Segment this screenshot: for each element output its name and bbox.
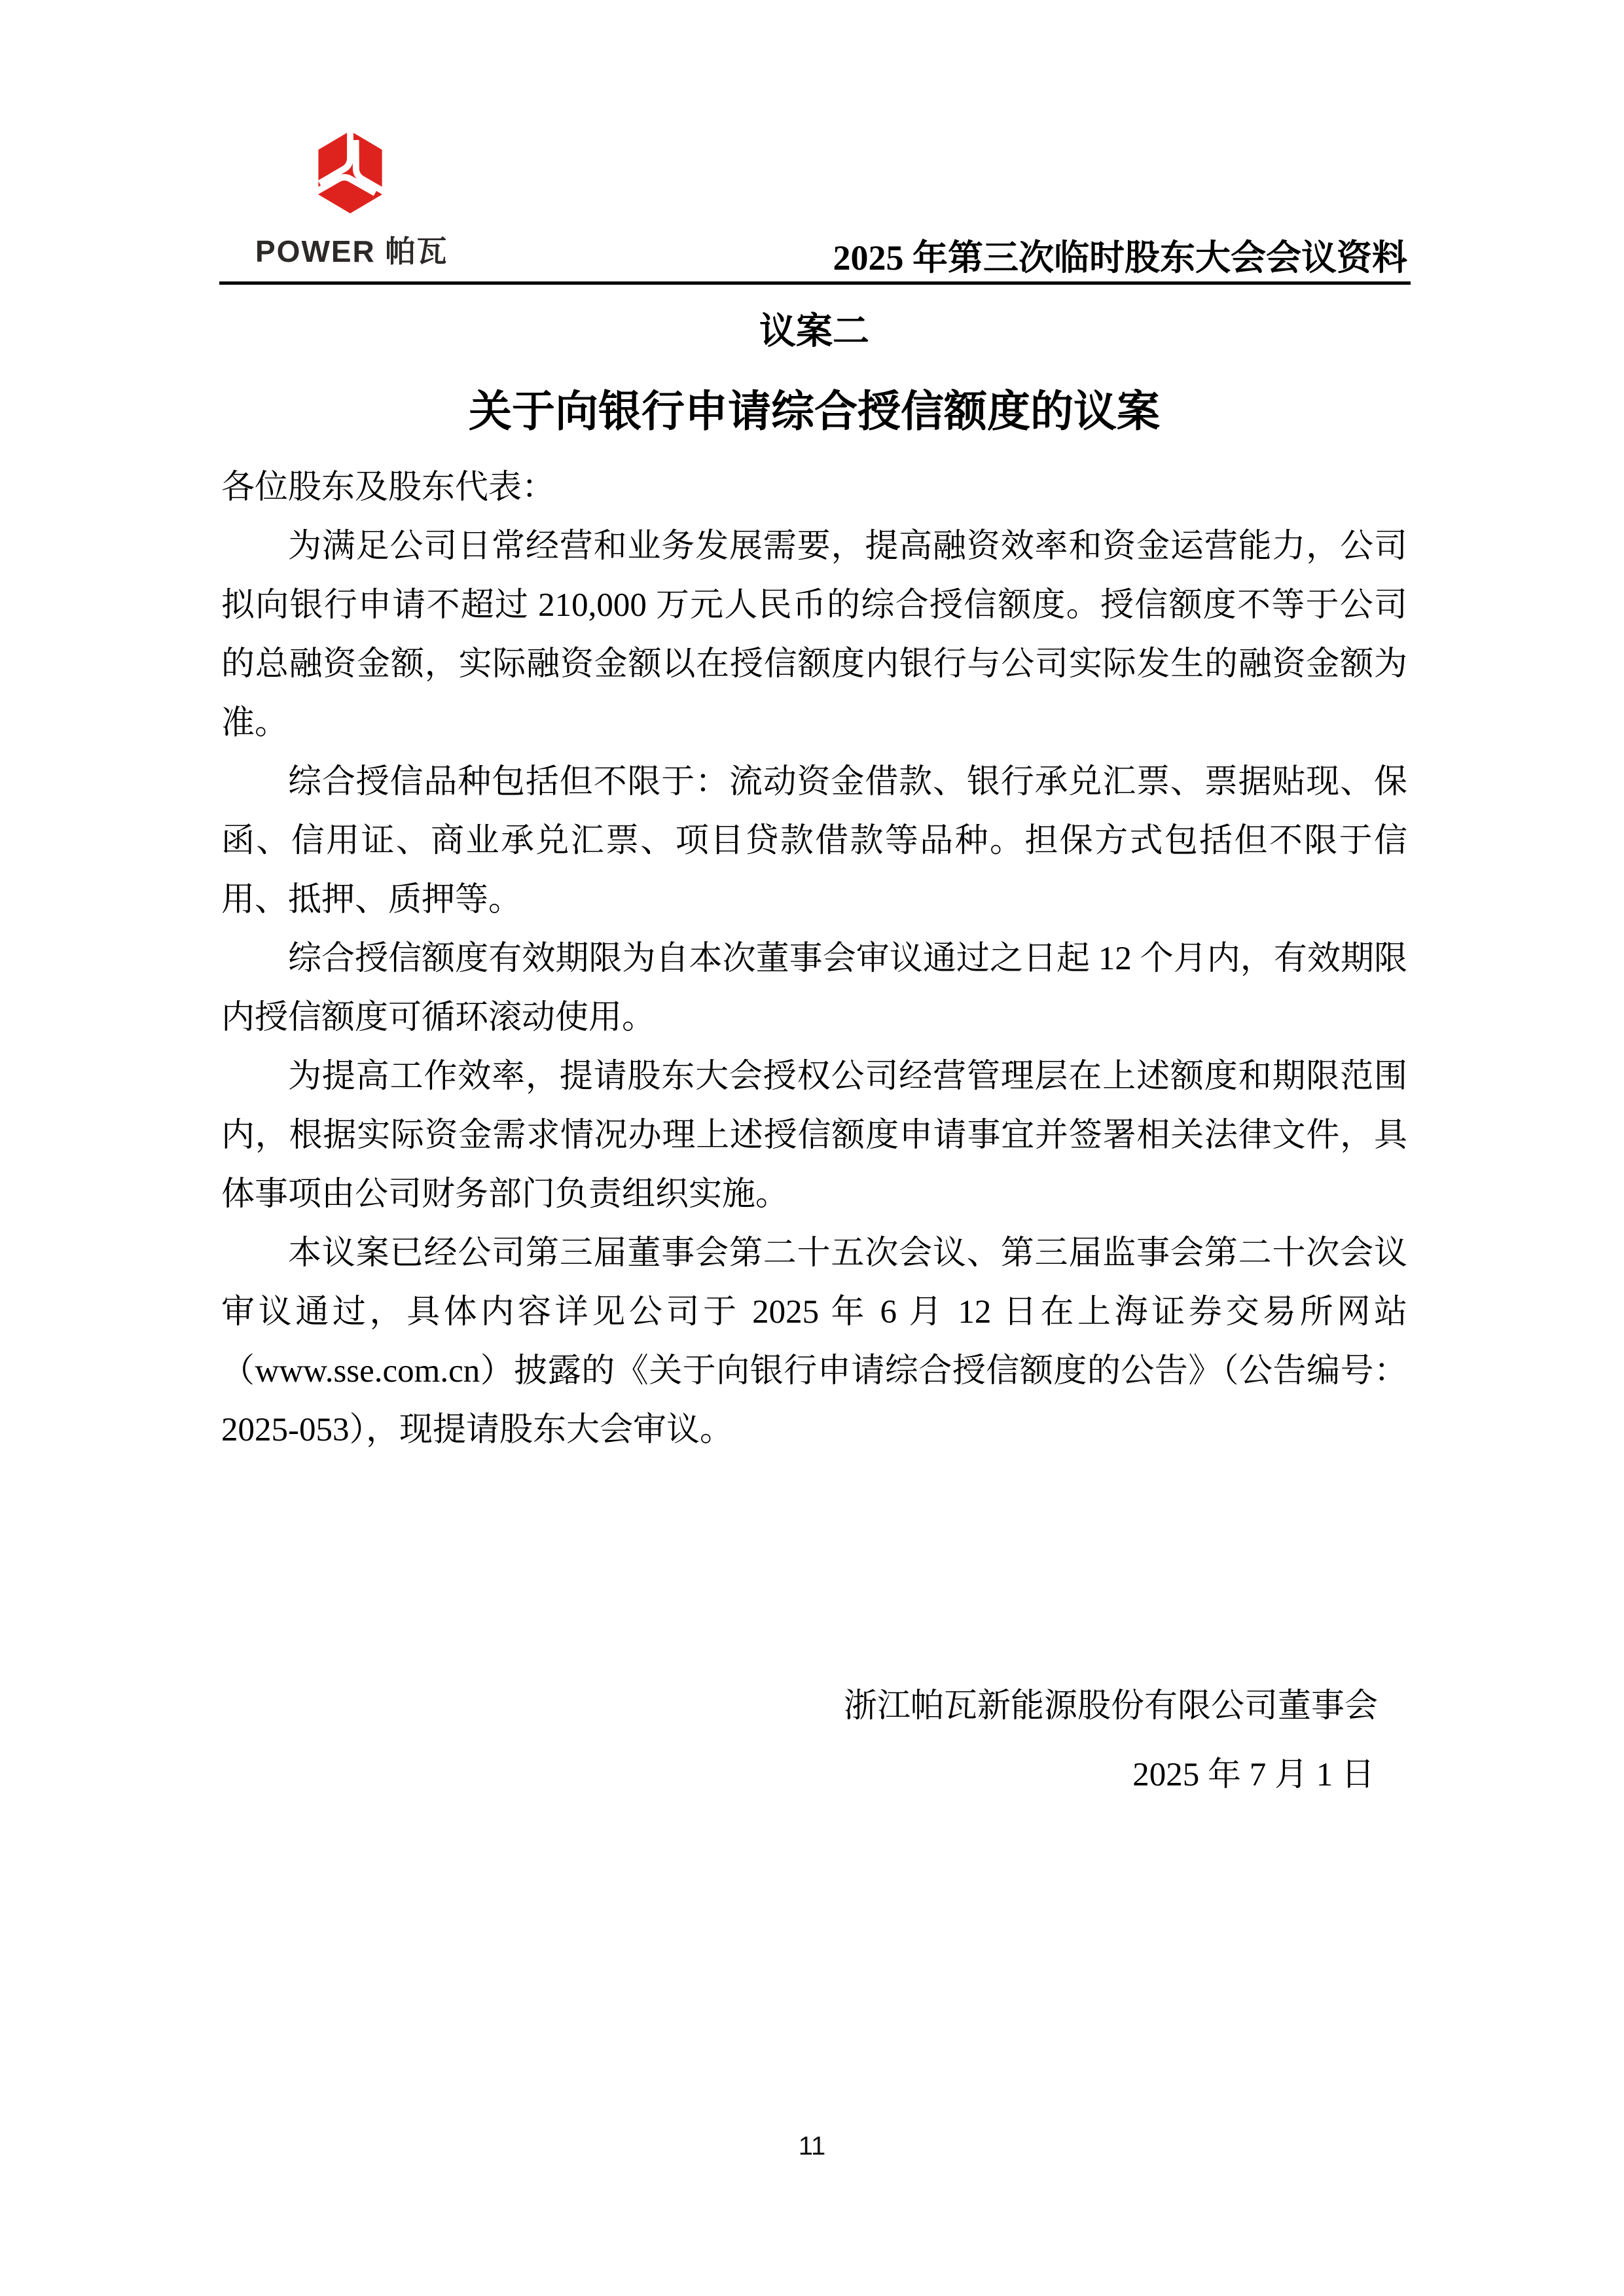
body-paragraph-2: 综合授信品种包括但不限于：流动资金借款、银行承兑汇票、票据贴现、保函、信用证、商… bbox=[221, 753, 1407, 929]
header-meeting-title: 2025 年第三次临时股东大会会议资料 bbox=[833, 238, 1408, 278]
document-content: 议案二 关于向银行申请综合授信额度的议案 各位股东及股东代表： 为满足公司日常经… bbox=[221, 302, 1407, 1810]
brand-text: POWER 帕瓦 bbox=[255, 228, 445, 271]
company-logo: POWER 帕瓦 bbox=[255, 128, 445, 271]
body-paragraph-3: 综合授信额度有效期限为自本次董事会审议通过之日起 12 个月内，有效期限内授信额… bbox=[221, 929, 1407, 1047]
header-rule bbox=[219, 281, 1411, 285]
signature-company: 浙江帕瓦新能源股份有限公司董事会 bbox=[221, 1672, 1407, 1741]
power-hexagon-logo-icon bbox=[315, 128, 386, 216]
salutation: 各位股东及股东代表： bbox=[221, 458, 1407, 517]
body-paragraph-5: 本议案已经公司第三届董事会第二十五次会议、第三届监事会第二十次会议审议通过，具体… bbox=[221, 1224, 1407, 1460]
proposal-title: 关于向银行申请综合授信额度的议案 bbox=[221, 380, 1407, 445]
document-page: POWER 帕瓦 2025 年第三次临时股东大会会议资料 议案二 关于向银行申请… bbox=[0, 0, 1624, 2296]
page-number: 11 bbox=[0, 2131, 1624, 2161]
signature-date: 2025 年 7 月 1 日 bbox=[221, 1741, 1407, 1810]
proposal-number-heading: 议案二 bbox=[221, 302, 1407, 361]
body-paragraph-4: 为提高工作效率，提请股东大会授权公司经营管理层在上述额度和期限范围内，根据实际资… bbox=[221, 1047, 1407, 1224]
body-paragraph-1: 为满足公司日常经营和业务发展需要，提高融资效率和资金运营能力，公司拟向银行申请不… bbox=[221, 517, 1407, 753]
